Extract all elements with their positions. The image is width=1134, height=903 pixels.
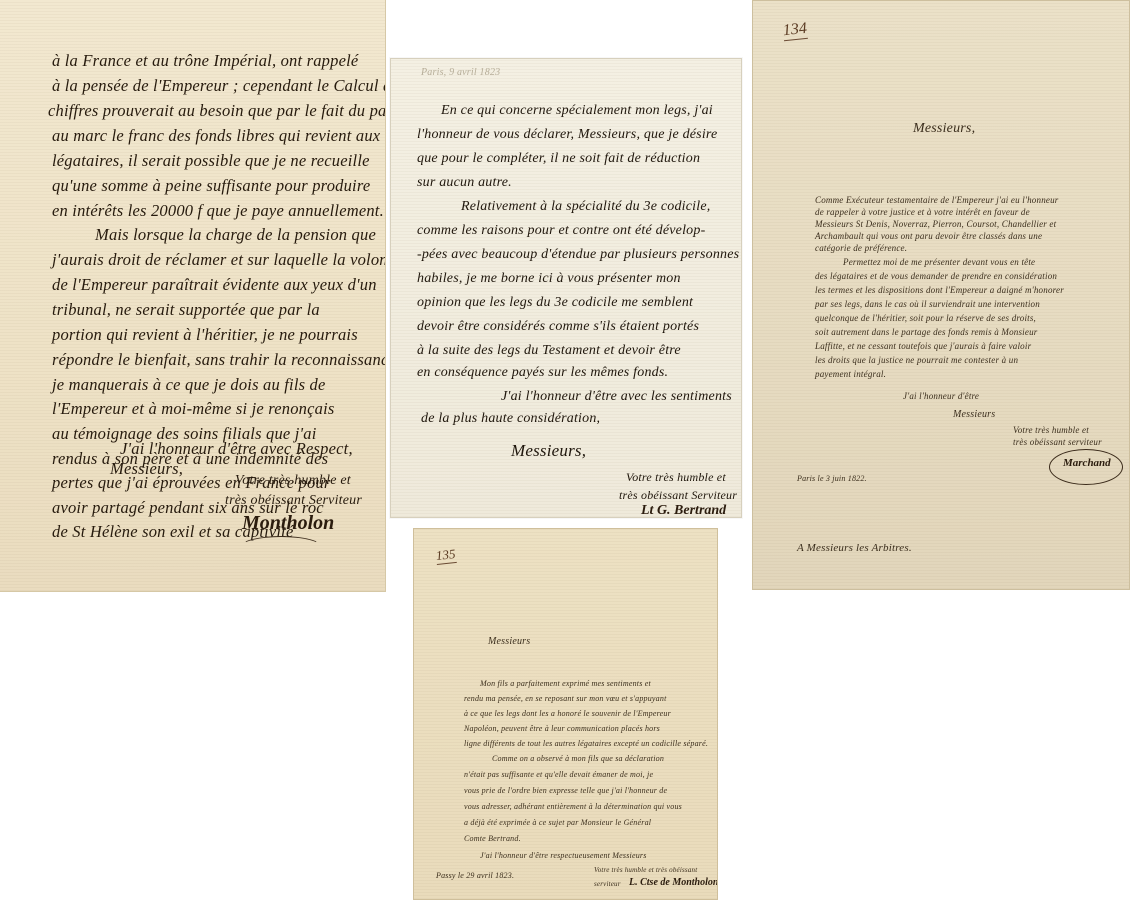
text-line: que pour le compléter, il ne soit fait d… <box>417 151 700 167</box>
text-line: de l'Empereur paraîtrait évidente aux ye… <box>52 276 377 294</box>
address-line: A Messieurs les Arbitres. <box>797 543 912 554</box>
text-line: à la suite des legs du Testament et devo… <box>417 343 681 359</box>
closing-line: J'ai l'honneur d'être respectueusement M… <box>480 851 647 861</box>
text-line: n'était pas suffisante et qu'elle devait… <box>464 770 653 780</box>
signature-bertrand: Lt G. Bertrand <box>641 503 726 518</box>
text-line: Laffitte, et ne cessant toutefois que j'… <box>815 341 1031 352</box>
text-line: de rappeler à votre justice et à votre i… <box>815 207 1030 218</box>
text-line: vous adresser, adhérant entièrement à la… <box>464 802 682 812</box>
text-line: Messieurs St Denis, Noverraz, Pierron, C… <box>815 219 1056 230</box>
text-line: Relativement à la spécialité du 3e codic… <box>461 199 710 215</box>
signature-marchand: Marchand <box>1063 457 1111 469</box>
text-line: devoir être considérés comme s'ils étaie… <box>417 319 699 335</box>
text-line: en intérêts les 20000 f que je paye annu… <box>52 202 384 220</box>
closing-formula: Votre très humble et très obéissant <box>594 865 697 875</box>
text-line: portion qui revient à l'héritier, je ne … <box>52 326 358 344</box>
closing-formula: très obéissant Serviteur <box>225 492 362 510</box>
text-line: vous prie de l'ordre bien expresse telle… <box>464 786 667 796</box>
text-line: Mais lorsque la charge de la pension que <box>95 226 376 244</box>
text-line: chiffres prouverait au besoin que par le… <box>48 102 386 120</box>
signature-comtesse-montholon: L. Ctse de Montholon <box>629 877 718 888</box>
salutation: Messieurs, <box>110 460 183 478</box>
date-line: Passy le 29 avril 1823. <box>436 871 514 881</box>
text-line: à la pensée de l'Empereur ; cependant le… <box>52 77 386 95</box>
text-line: tribunal, ne serait supportée que par la <box>52 301 320 319</box>
text-line: quelconque de l'héritier, soit pour la r… <box>815 313 1036 324</box>
text-line: rendu ma pensée, en se reposant sur mon … <box>464 694 667 704</box>
text-line: répondre le bienfait, sans trahir la rec… <box>52 351 386 369</box>
text-line: l'honneur de vous déclarer, Messieurs, q… <box>417 127 717 143</box>
text-line: opinion que les legs du 3e codicile me s… <box>417 295 693 311</box>
closing-line: J'ai l'honneur d'être <box>903 391 979 402</box>
text-line: l'Empereur et à moi-même si je renonçais <box>52 400 335 418</box>
salutation-closing: Messieurs <box>953 409 995 420</box>
text-line: soit autrement dans le partage des fonds… <box>815 327 1037 338</box>
text-line: habiles, je me borne ici à vous présente… <box>417 271 681 287</box>
closing-line: J'ai l'honneur d'être avec Respect, <box>120 440 353 458</box>
header-note: Paris, 9 avril 1823 <box>421 65 500 81</box>
text-line: à ce que les legs dont les a honoré le s… <box>464 709 671 719</box>
text-line: à la France et au trône Impérial, ont ra… <box>52 52 358 70</box>
text-line: comme les raisons pour et contre ont été… <box>417 223 705 239</box>
closing-formula: très obéissant serviteur <box>1013 437 1102 448</box>
salutation: Messieurs <box>488 637 530 647</box>
letter-page-montholon-comtesse: 135 Messieurs Mon fils a parfaitement ex… <box>413 528 718 900</box>
closing-formula: Votre très humble et <box>235 472 351 490</box>
text-line: Comme on a observé à mon fils que sa déc… <box>492 754 664 764</box>
text-line: En ce qui concerne spécialement mon legs… <box>441 103 713 119</box>
text-line: j'aurais droit de réclamer et sur laquel… <box>52 251 386 269</box>
text-line: sur aucun autre. <box>417 175 512 191</box>
signature-flourish <box>240 536 322 558</box>
letter-page-marchand: 134 Messieurs, Comme Exécuteur testament… <box>752 0 1130 590</box>
text-line: Comme Exécuteur testamentaire de l'Emper… <box>815 195 1059 206</box>
text-line: par ses legs, dans le cas où il surviend… <box>815 299 1040 310</box>
folio-number: 135 <box>435 546 456 565</box>
text-line: en conséquence payés sur les mêmes fonds… <box>417 365 668 381</box>
text-line: qu'une somme à peine suffisante pour pro… <box>52 177 370 195</box>
text-line: des légataires et de vous demander de pr… <box>815 271 1057 282</box>
letter-page-montholon: à la France et au trône Impérial, ont ra… <box>0 0 386 592</box>
text-line: les termes et les dispositions dont l'Em… <box>815 285 1064 296</box>
date-line: Paris le 3 juin 1822. <box>797 473 867 484</box>
text-line: catégorie de préférence. <box>815 243 907 254</box>
closing-formula: serviteur <box>594 879 621 889</box>
text-line: ligne différents de tout les autres léga… <box>464 739 708 749</box>
text-line: -pées avec beaucoup d'étendue par plusie… <box>417 247 739 263</box>
closing-line: J'ai l'honneur d'être avec les sentiment… <box>501 389 732 405</box>
signature-montholon: Montholon <box>242 512 334 535</box>
folio-number: 134 <box>782 20 808 41</box>
closing-formula: Votre très humble et <box>626 469 726 485</box>
text-line: a déjà été exprimée à ce sujet par Monsi… <box>464 818 651 828</box>
text-line: Archambault qui vous ont paru devoir êtr… <box>815 231 1042 242</box>
text-line: Comte Bertrand. <box>464 834 521 844</box>
text-line: payement intégral. <box>815 369 886 380</box>
salutation: Messieurs, <box>913 123 975 134</box>
text-line: au marc le franc des fonds libres qui re… <box>52 127 380 145</box>
text-line: je manquerais à ce que je dois au fils d… <box>52 376 326 394</box>
text-line: légataires, il serait possible que je ne… <box>52 152 370 170</box>
text-line: Mon fils a parfaitement exprimé mes sent… <box>480 679 651 689</box>
closing-formula: Votre très humble et <box>1013 425 1089 436</box>
text-line: Permettez moi de me présenter devant vou… <box>843 257 1035 268</box>
letter-page-bertrand: Paris, 9 avril 1823 En ce qui concerne s… <box>390 58 742 518</box>
closing-line: de la plus haute considération, <box>421 411 600 427</box>
text-line: les droits que la justice ne pourrait me… <box>815 355 1018 366</box>
text-line: Napoléon, peuvent être à leur communicat… <box>464 724 660 734</box>
salutation: Messieurs, <box>511 443 586 459</box>
closing-formula: très obéissant Serviteur <box>619 487 737 503</box>
